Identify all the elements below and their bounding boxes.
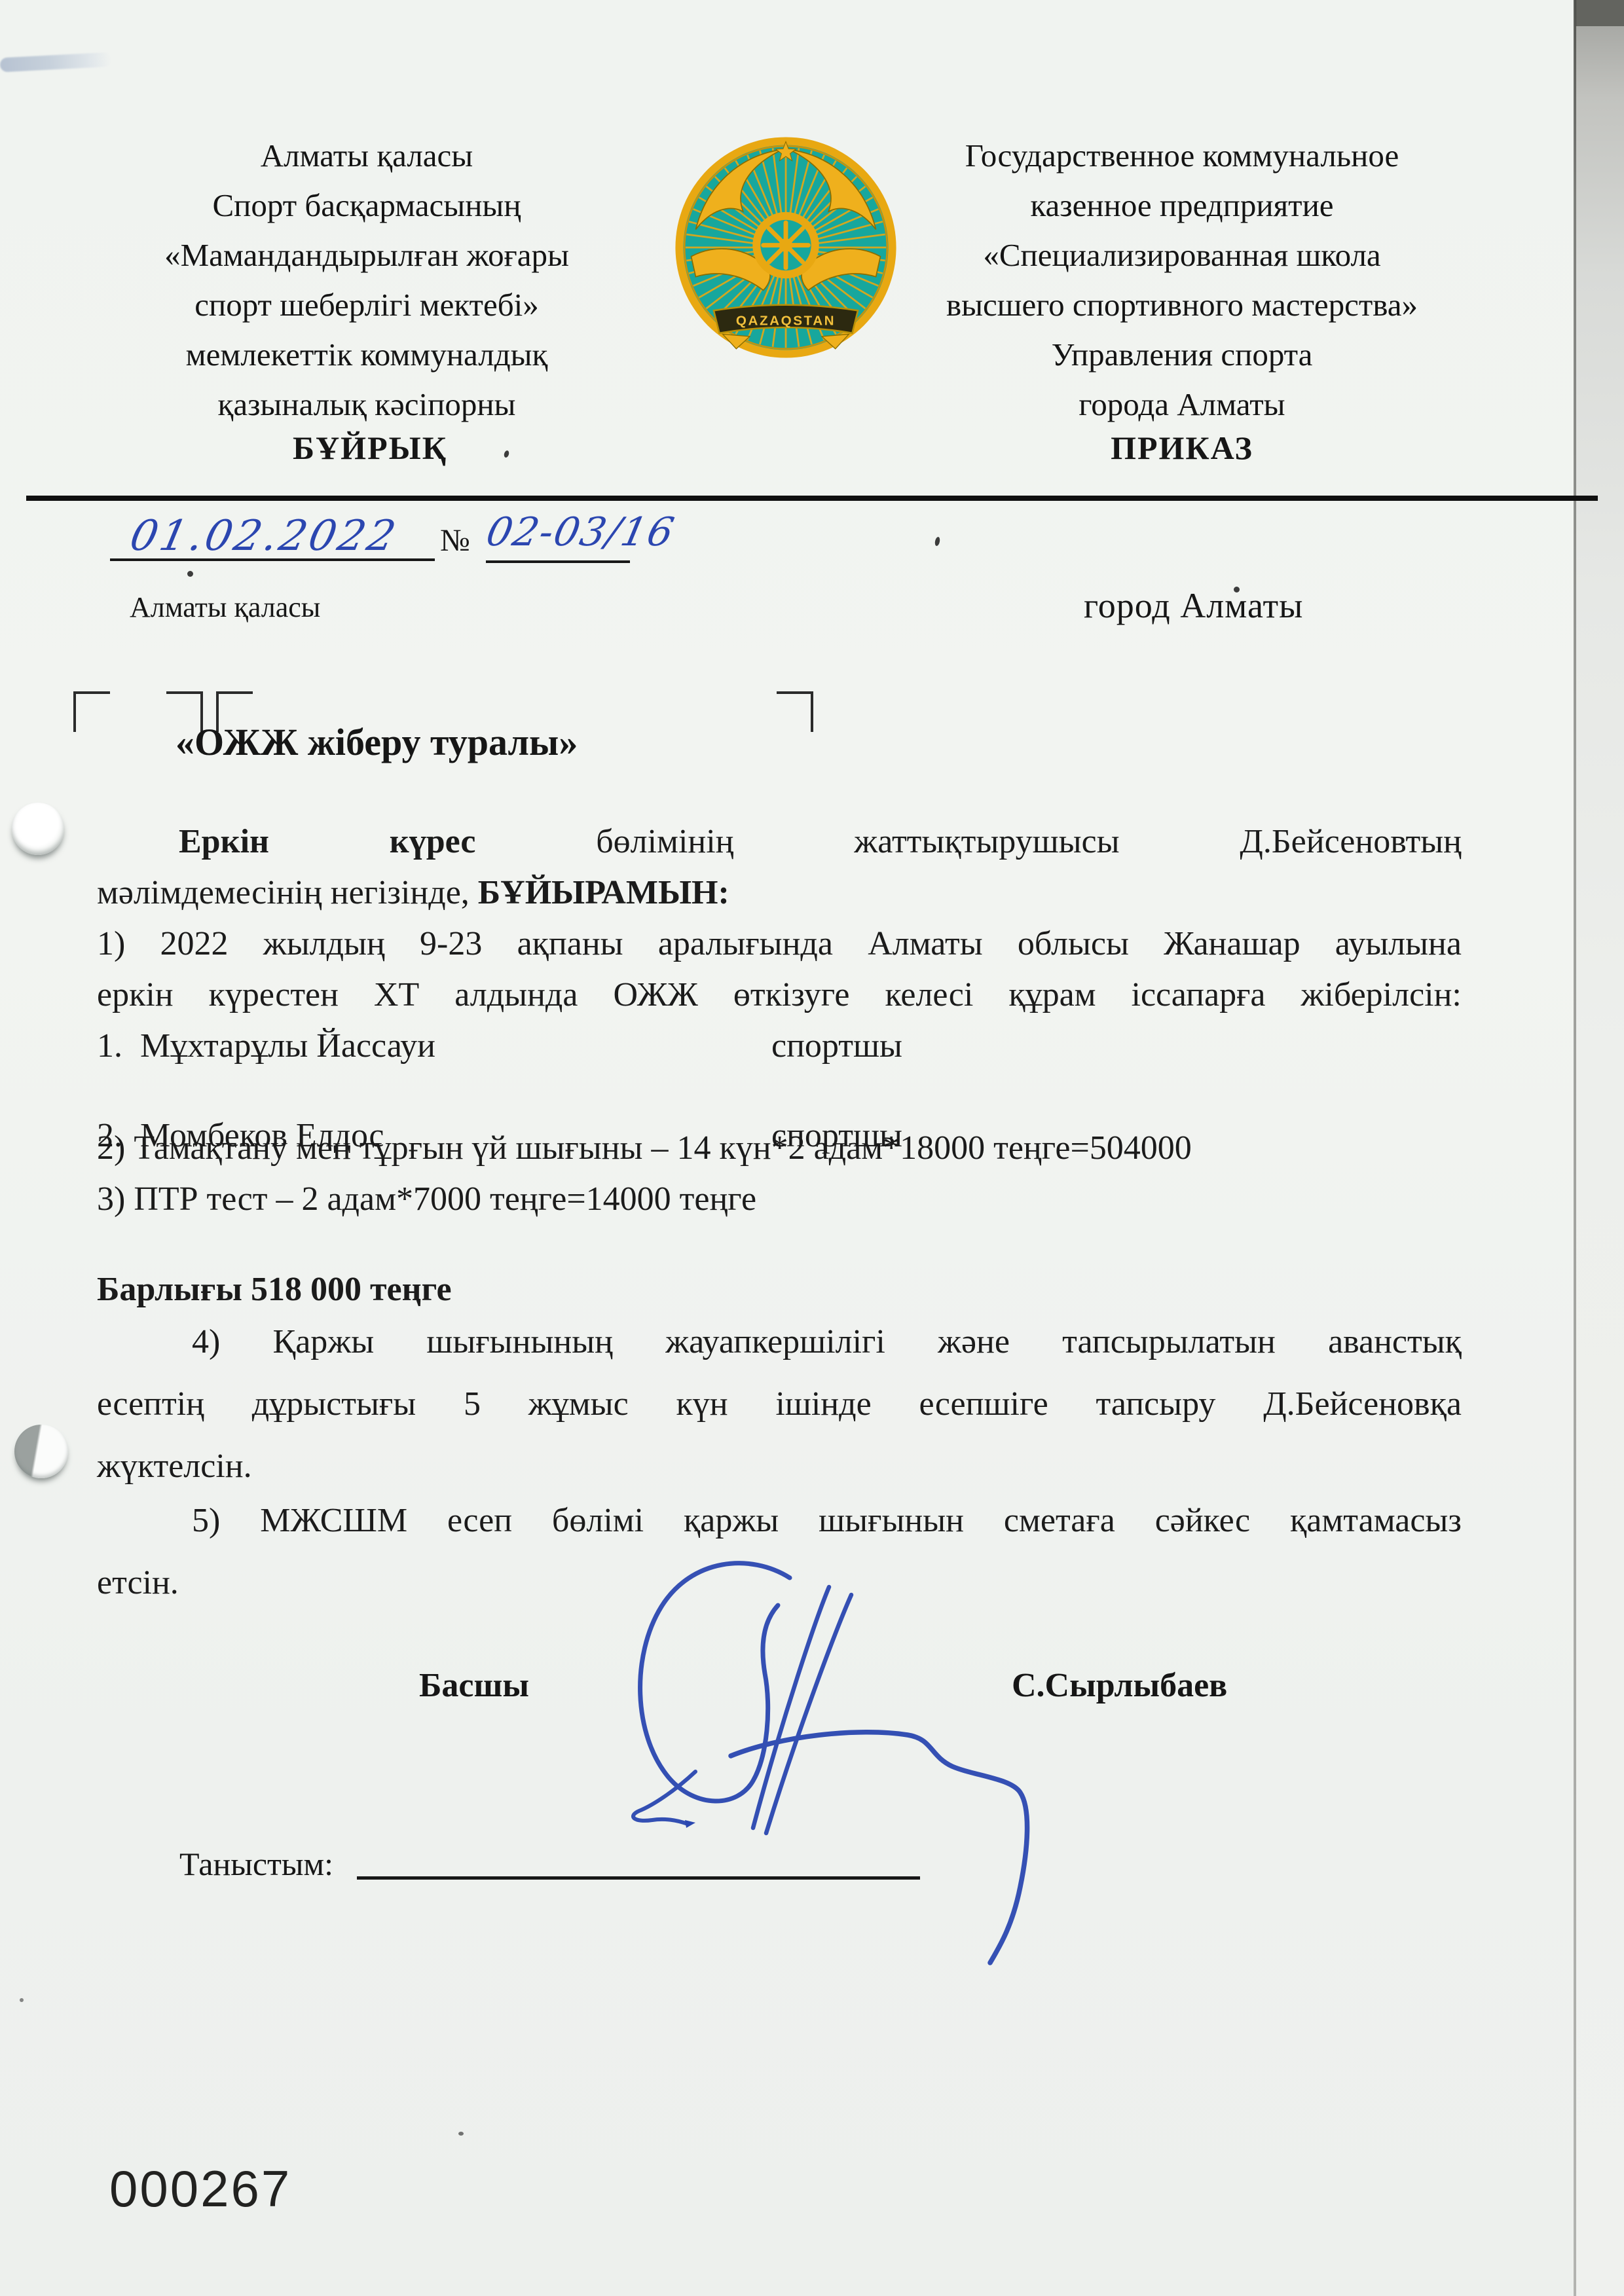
form-serial-number: 000267: [109, 2159, 291, 2219]
item-4-line-1: 4)Қаржышығыныныңжауапкершілігіжәнетапсыр…: [97, 1322, 1462, 1361]
athlete-number: 1.: [97, 1027, 140, 1065]
signer-position: Басшы: [419, 1666, 529, 1705]
athlete-row: 1.Мұхтарұлы Йассауи спортшы: [97, 1027, 1462, 1065]
handwritten-order-number: 02-03/16: [487, 509, 674, 555]
paragraph-1-line-2: мәлімдемесінің негізінде, БҰЙЫРАМЫН:: [97, 873, 1462, 912]
header-rule: [26, 496, 1598, 501]
athlete-role: спортшы: [771, 1027, 902, 1065]
item-2: 2) Тамақтану мен тұрғын үй шығыны – 14 к…: [97, 1129, 1462, 1167]
punch-hole-bottom: [14, 1425, 68, 1478]
ink-speck: [20, 1998, 24, 2002]
item-3: 3) ПТР тест – 2 адам*7000 теңге=14000 те…: [97, 1180, 1462, 1218]
scanned-order-document: Алматы қаласы Спорт басқармасының «Маман…: [0, 0, 1624, 2296]
order-title-kazakh: БҰЙРЫҚ: [154, 429, 586, 467]
scan-edge-strip: [1576, 0, 1624, 2296]
scan-page-edge-line: [1574, 0, 1576, 2296]
kazakhstan-coat-of-arms-icon: QAZAQSTAN: [673, 135, 898, 360]
org-line: города Алматы: [920, 380, 1444, 429]
org-line: Управления спорта: [920, 330, 1444, 380]
place-russian: город Алматы: [1084, 585, 1303, 626]
org-line: қазыналық кәсіпорны: [134, 380, 599, 429]
handwritten-date: 01.02.2022: [131, 512, 397, 560]
scan-edge-dark-corner: [1576, 0, 1624, 26]
ink-speck: [934, 536, 941, 546]
emblem-banner-text: QAZAQSTAN: [736, 314, 836, 329]
ink-speck: [187, 571, 193, 577]
org-name-kazakh: Алматы қаласы Спорт басқармасының «Маман…: [134, 131, 599, 429]
org-line: Спорт басқармасының: [134, 181, 599, 230]
scan-smudge: [0, 52, 111, 73]
item-4-line-2: есептіңдұрыстығы5жұмыскүнішіндеесепшігет…: [97, 1385, 1462, 1423]
punch-hole-top: [12, 803, 64, 855]
number-sign: №: [440, 522, 470, 558]
acknowledged-underline: [357, 1876, 920, 1880]
corner-mark: [777, 691, 813, 732]
order-title-russian: ПРИКАЗ: [936, 429, 1428, 467]
item-1-line-2: еркінкүрестенХТалдындаОЖЖөткізугекелесіқ…: [97, 975, 1462, 1014]
number-underline: [486, 560, 630, 563]
org-line: спорт шеберлігі мектебі»: [134, 280, 599, 330]
handwritten-signature: [589, 1519, 1087, 1977]
org-line: Государственное коммунальное: [920, 131, 1444, 181]
order-subject: «ОЖЖ жіберу туралы»: [175, 720, 578, 764]
place-kazakh: Алматы қаласы: [130, 591, 320, 624]
date-underline: [110, 558, 435, 561]
item-4-line-3: жүктелсін.: [97, 1447, 1462, 1485]
org-line: высшего спортивного мастерства»: [920, 280, 1444, 330]
org-line: мемлекеттік коммуналдық: [134, 330, 599, 380]
org-line: Алматы қаласы: [134, 131, 599, 181]
org-name-russian: Государственное коммунальное казенное пр…: [920, 131, 1444, 429]
paragraph-1-line-1: Еркін күрес бөлімінің жаттықтырушысы Д.Б…: [97, 822, 1462, 861]
ink-speck: [458, 2132, 464, 2136]
total-amount: Барлығы 518 000 теңге: [97, 1270, 1462, 1309]
corner-mark: [73, 691, 110, 732]
org-line: казенное предприятие: [920, 181, 1444, 230]
org-line: «Специализированная школа: [920, 230, 1444, 280]
org-line: «Мамандандырылған жоғары: [134, 230, 599, 280]
acknowledged-label: Таныстым:: [179, 1845, 333, 1883]
item-1-line-1: 1)2022жылдың9-23ақпаныаралығындаАлматыоб…: [97, 924, 1462, 963]
athlete-name: Мұхтарұлы Йассауи: [140, 1027, 435, 1065]
